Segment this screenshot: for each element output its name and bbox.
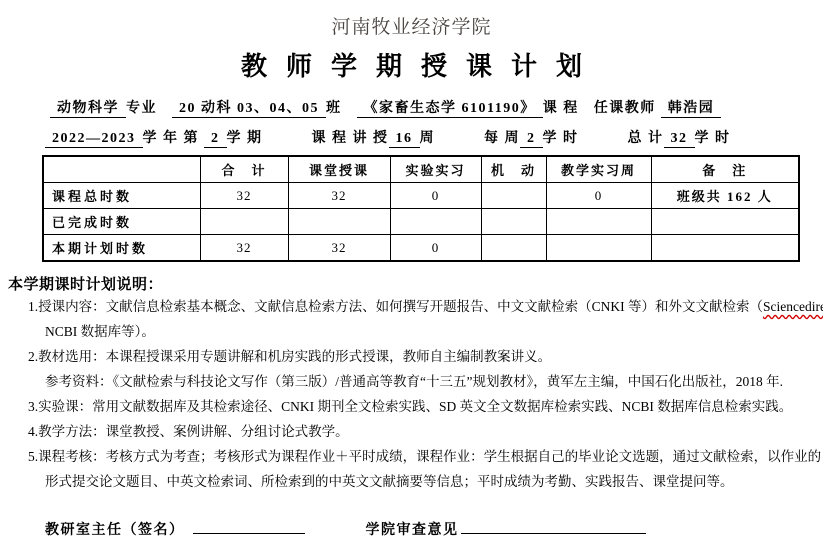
table-cell <box>288 209 390 235</box>
major-value: 动物科学 <box>50 100 126 118</box>
header-experiment: 实验实习 <box>390 156 481 183</box>
document-title: 教师学期授课计划 <box>0 46 823 83</box>
table-cell-remarks <box>651 235 799 262</box>
class-value: 20 动科 03、04、05 <box>172 100 326 118</box>
director-signature-blank <box>193 518 305 534</box>
table-cell <box>546 235 651 262</box>
director-signature-label: 教研室主任（签名） <box>45 523 185 538</box>
school-year-label: 学 年 第 <box>143 131 200 146</box>
weekly-label: 每 周 <box>484 131 520 146</box>
table-cell: 0 <box>390 235 481 262</box>
note-item-1-text: 1.授课内容：文献信息检索基本概念、文献信息检索方法、如何撰写开题报告、中文文献… <box>28 299 763 314</box>
course-label: 课 程 <box>543 101 579 116</box>
course-value: 《家畜生态学 6101190》 <box>357 100 543 118</box>
table-cell: 0 <box>390 183 481 209</box>
hours-table: 合 计 课堂授课 实验实习 机 动 教学实习周 备 注 课程总时数 32 32 … <box>42 155 800 262</box>
note-item-5: 5.课程考核：考核方式为考查；考核形式为课程作业＋平时成绩，课程作业：学生根据自… <box>28 444 823 469</box>
table-cell <box>481 209 546 235</box>
note-item-2: 2.教材选用：本课程授课采用专题讲解和机房实践的形式授课，教师自主编制教案讲义。 <box>28 344 823 369</box>
table-cell <box>481 183 546 209</box>
table-cell-remarks: 班级共 162 人 <box>651 183 799 209</box>
note-item-1: 1.授课内容：文献信息检索基本概念、文献信息检索方法、如何撰写开题报告、中文文献… <box>28 294 823 319</box>
header-practice-week: 教学实习周 <box>546 156 651 183</box>
row-label: 本期计划时数 <box>43 235 200 262</box>
note-item-1-continuation: NCBI 数据库等）。 <box>45 319 823 344</box>
note-item-4: 4.教学方法：课堂教授、案例讲解、分组讨论式教学。 <box>28 419 823 444</box>
weekly-hours-value: 2 <box>520 130 543 148</box>
document-page: 河南牧业经济学院 教师学期授课计划 动物科学专业 20 动科 03、04、05班… <box>0 0 823 560</box>
header-empty-cell <box>43 156 200 183</box>
table-header-row: 合 计 课堂授课 实验实习 机 动 教学实习周 备 注 <box>43 156 799 183</box>
table-cell <box>200 209 288 235</box>
note-item-5-continuation: 形式提交论文题目、中英文检索词、所检索到的中英文文献摘要等信息；平时成绩为考勤、… <box>45 469 823 494</box>
total-label: 总 计 <box>628 131 664 146</box>
school-year-value: 2022—2023 <box>45 130 143 148</box>
teacher-label: 任课教师 <box>594 101 656 116</box>
teacher-value: 韩浩园 <box>661 100 722 118</box>
major-label: 专业 <box>126 101 157 116</box>
college-review-blank <box>461 518 646 534</box>
table-cell <box>481 235 546 262</box>
weekly-unit-label: 学 时 <box>543 131 579 146</box>
weeks-unit-label: 周 <box>420 131 436 146</box>
note-item-3: 3.实验课：常用文献数据库及其检索途径、CNKI 期刊全文检索实践、SD 英文全… <box>28 394 823 419</box>
row-label: 已完成时数 <box>43 209 200 235</box>
total-unit-label: 学 时 <box>695 131 731 146</box>
table-cell <box>546 209 651 235</box>
table-cell: 0 <box>546 183 651 209</box>
class-label: 班 <box>326 101 342 116</box>
lecture-label: 课 程 讲 授 <box>312 131 389 146</box>
header-remarks: 备 注 <box>651 156 799 183</box>
table-row-planned: 本期计划时数 32 32 0 <box>43 235 799 262</box>
lecture-weeks-value: 16 <box>389 130 420 148</box>
table-cell <box>390 209 481 235</box>
term-label: 学 期 <box>227 131 263 146</box>
header-total: 合 计 <box>200 156 288 183</box>
notes-heading: 本学期课时计划说明： <box>8 273 823 294</box>
table-cell: 32 <box>288 183 390 209</box>
schedule-info-line: 2022—2023学 年 第 2学 期 课 程 讲 授16周 每 周2学 时 总… <box>45 127 823 148</box>
table-cell: 32 <box>200 235 288 262</box>
college-review-label: 学院审查意见 <box>366 523 459 538</box>
total-hours-value: 32 <box>664 130 695 148</box>
spellcheck-flagged-word: Sciencedirect <box>763 299 823 314</box>
school-name-title: 河南牧业经济学院 <box>0 0 823 39</box>
course-info-line: 动物科学专业 20 动科 03、04、05班 《家畜生态学 6101190》课 … <box>50 97 823 118</box>
table-row-course-total: 课程总时数 32 32 0 0 班级共 162 人 <box>43 183 799 209</box>
note-item-2-reference: 参考资料：《文献检索与科技论文写作（第三版）/普通高等教育“十三五”规划教材》，… <box>45 369 823 394</box>
table-cell-remarks <box>651 209 799 235</box>
table-cell: 32 <box>288 235 390 262</box>
header-flexible: 机 动 <box>481 156 546 183</box>
term-value: 2 <box>204 130 227 148</box>
table-cell: 32 <box>200 183 288 209</box>
header-classroom: 课堂授课 <box>288 156 390 183</box>
signature-footer: 教研室主任（签名） 学院审查意见 <box>45 518 823 539</box>
row-label: 课程总时数 <box>43 183 200 209</box>
table-row-completed: 已完成时数 <box>43 209 799 235</box>
